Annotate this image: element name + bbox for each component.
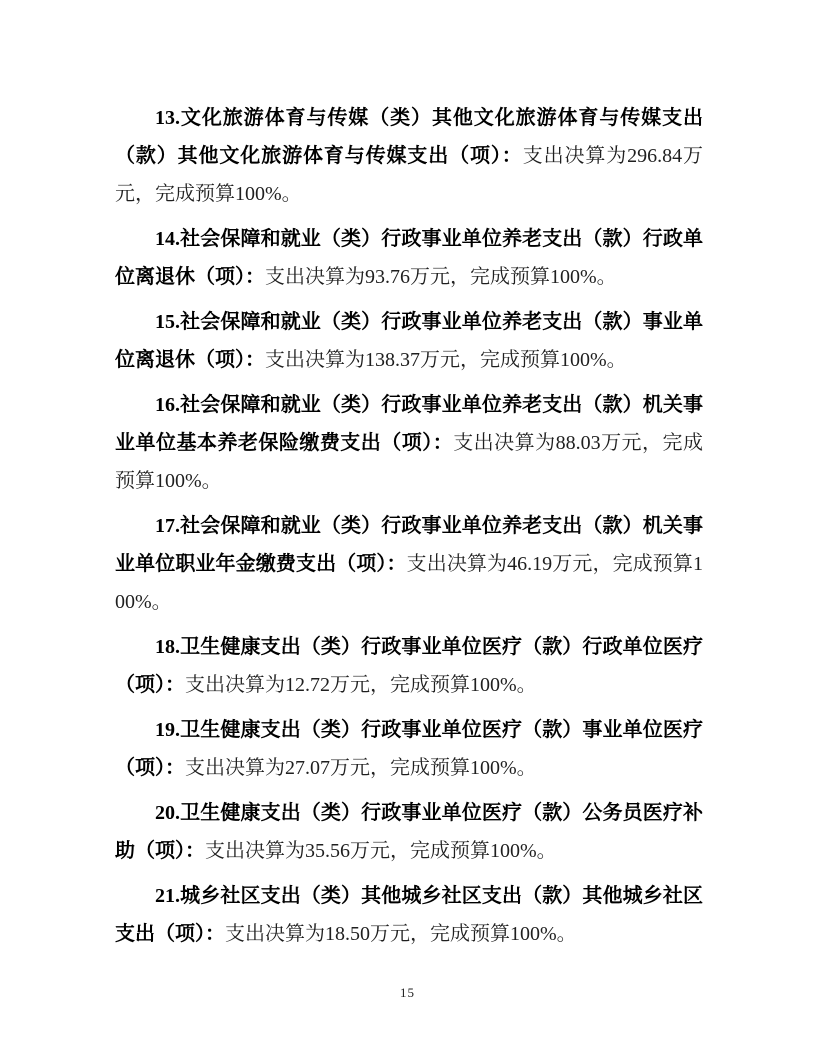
expenditure-item-13: 13.文化旅游体育与传媒（类）其他文化旅游体育与传媒支出（款）其他文化旅游体育与…: [115, 99, 703, 213]
item-amount-text: 支出决算为18.50万元，完成预算100%。: [225, 923, 577, 945]
item-amount-text: 支出决算为12.72万元，完成预算100%。: [185, 674, 537, 696]
item-amount-text: 支出决算为93.76万元，完成预算100%。: [265, 266, 617, 288]
expenditure-item-16: 16.社会保障和就业（类）行政事业单位养老支出（款）机关事业单位基本养老保险缴费…: [115, 386, 703, 500]
item-amount-text: 支出决算为27.07万元，完成预算100%。: [185, 757, 537, 779]
item-amount-text: 支出决算为138.37万元，完成预算100%。: [265, 349, 627, 371]
expenditure-item-18: 18.卫生健康支出（类）行政事业单位医疗（款）行政单位医疗（项）：支出决算为12…: [115, 628, 703, 704]
expenditure-item-14: 14.社会保障和就业（类）行政事业单位养老支出（款）行政单位离退休（项）：支出决…: [115, 220, 703, 296]
budget-report-page: 13.文化旅游体育与传媒（类）其他文化旅游体育与传媒支出（款）其他文化旅游体育与…: [0, 0, 815, 1055]
expenditure-item-19: 19.卫生健康支出（类）行政事业单位医疗（款）事业单位医疗（项）：支出决算为27…: [115, 711, 703, 787]
document-body: 13.文化旅游体育与传媒（类）其他文化旅游体育与传媒支出（款）其他文化旅游体育与…: [115, 99, 703, 953]
expenditure-item-17: 17.社会保障和就业（类）行政事业单位养老支出（款）机关事业单位职业年金缴费支出…: [115, 507, 703, 621]
expenditure-item-20: 20.卫生健康支出（类）行政事业单位医疗（款）公务员医疗补助（项）：支出决算为3…: [115, 794, 703, 870]
expenditure-item-21: 21.城乡社区支出（类）其他城乡社区支出（款）其他城乡社区支出（项）：支出决算为…: [115, 877, 703, 953]
page-number: 15: [0, 985, 815, 1001]
expenditure-item-15: 15.社会保障和就业（类）行政事业单位养老支出（款）事业单位离退休（项）：支出决…: [115, 303, 703, 379]
item-amount-text: 支出决算为35.56万元，完成预算100%。: [205, 840, 557, 862]
